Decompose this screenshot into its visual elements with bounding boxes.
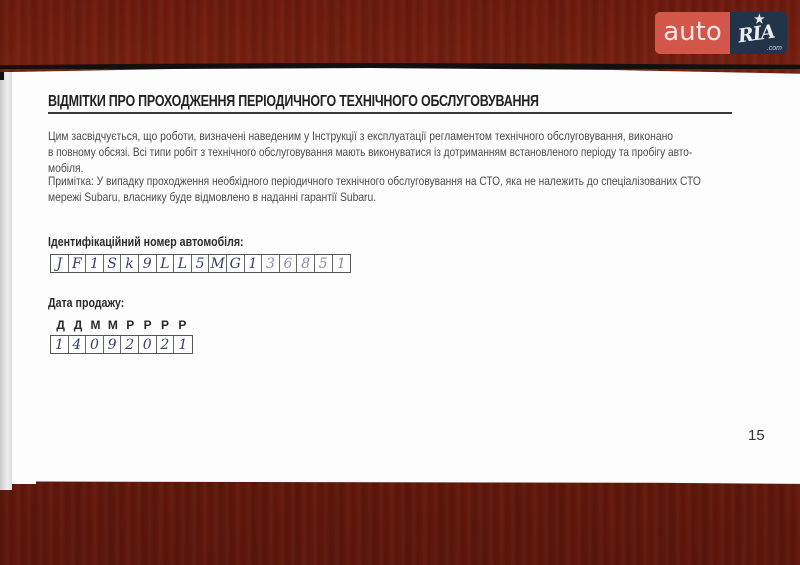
vin-char-box: 5 [315, 255, 333, 272]
vin-char-box: G [227, 255, 245, 272]
sale-date-digit-box: 0 [86, 336, 104, 353]
vin-char-box: 3 [262, 255, 280, 272]
vin-char-box: 9 [139, 255, 157, 272]
section-title: ВІДМІТКИ ПРО ПРОХОДЖЕННЯ ПЕРІОДИЧНОГО ТЕ… [48, 93, 539, 111]
date-format-header: М [104, 318, 121, 332]
sale-date-digit-box: 9 [104, 336, 122, 353]
date-format-header: Р [139, 318, 156, 332]
autoria-watermark-logo: auto ★ RIA .com [655, 12, 787, 54]
vin-char-box: 6 [280, 255, 298, 272]
sale-date-digit-box: 1 [174, 336, 192, 353]
date-format-header: Р [122, 318, 139, 332]
sale-date-label: Дата продажу: [48, 296, 124, 310]
booklet-left-edge [0, 72, 12, 490]
certification-paragraph: Цим засвідчується, що роботи, визначені … [48, 128, 732, 176]
note-paragraph: Примітка: У випадку проходження необхідн… [48, 173, 732, 205]
vin-char-box: L [174, 255, 192, 272]
paragraph-line: Примітка: У випадку проходження необхідн… [48, 173, 629, 189]
vin-char-box: L [157, 255, 175, 272]
logo-ria-block: ★ RIA .com [730, 12, 787, 54]
vin-char-box: 1 [333, 255, 351, 272]
vin-field[interactable]: JF1Sk9LL5MG136851 [50, 254, 351, 273]
vin-char-box: 5 [192, 255, 210, 272]
title-underline [48, 112, 732, 114]
date-format-header: Д [52, 318, 69, 332]
vin-char-box: k [121, 255, 139, 272]
paragraph-line: мережі Subaru, власнику буде відмовлено … [48, 189, 636, 205]
paragraph-line: в повному обсязі. Всі типи робіт з техні… [48, 144, 623, 160]
logo-com-text: .com [767, 45, 782, 52]
sale-date-format-headers: ДДММРРРР [52, 318, 191, 332]
sale-date-field[interactable]: 14092021 [50, 335, 193, 354]
paragraph-line: Цим засвідчується, що роботи, визначені … [48, 128, 636, 144]
vin-label: Ідентифікаційний номер автомобіля: [48, 235, 244, 249]
sale-date-digit-box: 4 [69, 336, 87, 353]
page-number: 15 [748, 427, 765, 444]
vin-char-box: 8 [297, 255, 315, 272]
vin-char-box: 1 [245, 255, 263, 272]
vin-char-box: F [69, 255, 87, 272]
vin-char-box: J [51, 255, 69, 272]
sale-date-digit-box: 1 [51, 336, 69, 353]
sale-date-digit-box: 0 [139, 336, 157, 353]
vin-char-box: S [104, 255, 122, 272]
sale-date-digit-box: 2 [121, 336, 139, 353]
date-format-header: Р [156, 318, 173, 332]
logo-auto-text: auto [655, 12, 730, 54]
logo-ria-text: RIA [737, 21, 776, 48]
date-format-header: Р [174, 318, 191, 332]
vin-char-box: 1 [86, 255, 104, 272]
vin-char-box: M [209, 255, 227, 272]
sale-date-digit-box: 2 [157, 336, 175, 353]
date-format-header: М [87, 318, 104, 332]
date-format-header: Д [69, 318, 86, 332]
